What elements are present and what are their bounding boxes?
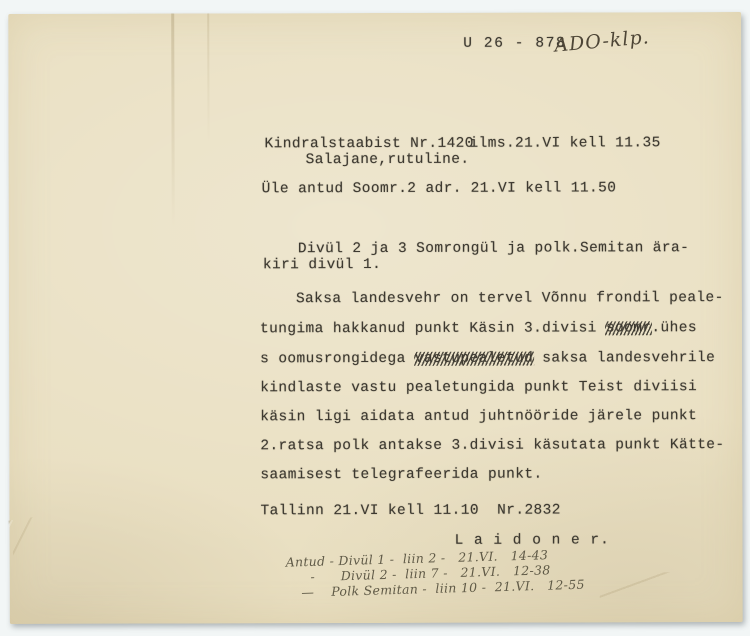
delivered-timestamp: 21.VI kell 11.50 [471, 180, 617, 196]
paper-crease [171, 14, 175, 229]
document-paper: U 26 - 878 ADO-klp. Kindralstaabist Nr.1… [8, 12, 743, 624]
address-line-2: kiri divül 1. [263, 257, 381, 273]
body-line-6: 2.ratsa polk antakse 3.divisi käsutata p… [260, 437, 724, 454]
body-line-2-text-after: .ühes [651, 320, 697, 336]
origin-line: Kindralstaabist Nr.1420 [265, 136, 474, 153]
struck-out-word: vastupealetud [415, 351, 533, 367]
paper-crease [8, 508, 113, 630]
place-date-number-line: Tallinn 21.VI kell 11.10 Nr.2832 [260, 503, 560, 520]
body-line-5: käsin ligi aidata antud juhtnööride järe… [260, 408, 697, 425]
body-line-2-text: tungima hakkanud punkt Käsin 3.divisi [260, 320, 606, 337]
paper-crease [207, 13, 209, 143]
struck-out-word: soomr [606, 320, 652, 336]
address-line-1: Divül 2 ja 3 Somrongül ja polk.Semitan ä… [298, 240, 689, 257]
document-scan: U 26 - 878 ADO-klp. Kindralstaabist Nr.1… [0, 0, 750, 636]
body-line-3: s oomusrongidega vastupealetud saksa lan… [260, 350, 715, 367]
paper-crease [600, 572, 740, 622]
body-line-7: saamisest telegrafeerida punkt. [260, 467, 542, 484]
classification-line: Salajane,rutuline. [306, 152, 470, 168]
body-line-3-text: s oomusrongidega [260, 351, 415, 367]
delivered-line: Üle antud Soomr.2 adr. [262, 181, 462, 198]
body-line-4: kindlaste vastu pealetungida punkt Teist… [260, 379, 697, 396]
document-ref-number: U 26 - 878 [463, 35, 566, 51]
body-line-3-text-after: saksa landesvehrile [533, 350, 715, 366]
signature-laidoner: L a i d o n e r. [455, 532, 610, 548]
received-timestamp: ilms.21.VI kell 11.35 [470, 135, 661, 152]
body-line-1: Saksa landesvehr on tervel Võnnu frondil… [296, 290, 724, 307]
body-line-2: tungima hakkanud punkt Käsin 3.divisi so… [260, 320, 697, 337]
handwritten-initials: ADO-klp. [553, 26, 650, 56]
